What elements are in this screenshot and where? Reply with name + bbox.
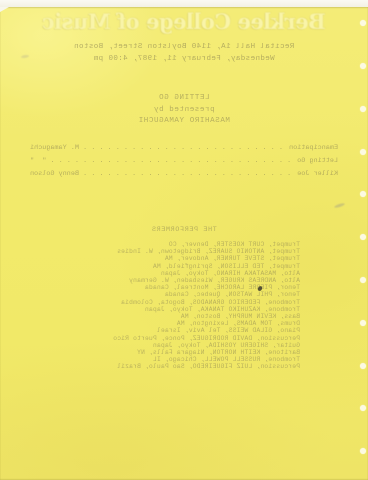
show-through-mirrored-layer: Berklee College of Music Recital Hall 1A… (0, 0, 368, 480)
performer-line: Trumpet, TED ELLISON, Springfield, MA (74, 263, 300, 270)
performers-list: Trumpet, CURT KOESTER, Denver, CO Trumpe… (74, 241, 300, 371)
performer-line: Tenor, PHIL WATSON, Quebec, Canada (74, 291, 300, 298)
punch-hole (360, 405, 366, 411)
performer-line: Tenor, PIERRE LAROCHE, Montreal, Canada (74, 284, 300, 291)
punch-hole (360, 277, 366, 283)
punch-hole (360, 63, 366, 69)
recital-title-block: LETTING GO presented by MASAHIRO YAMAGUC… (0, 93, 368, 128)
performer-line: Trombone, KAZUHIKO TANAKA, Tokyo, Japan (74, 306, 300, 313)
performer-line: Percussion, DAVID RODRIGUEZ, Ponce, Puer… (74, 335, 300, 342)
performer-line: Trumpet, CURT KOESTER, Denver, CO (74, 241, 300, 248)
punch-hole (360, 320, 366, 326)
punch-hole (360, 149, 366, 155)
scanned-program-page: Berklee College of Music Recital Hall 1A… (0, 0, 368, 480)
presenter-name: MASAHIRO YAMAGUCHI (0, 116, 368, 128)
punch-hole (360, 106, 366, 112)
punch-hole (360, 448, 366, 454)
performer-line: Percussion, LUIZ FIGUEIREDO, Sao Paulo, … (74, 363, 300, 370)
performer-line: Trombone, RUSSELL POWELL, Chicago, IL (74, 356, 300, 363)
date-line: Wednesday, February 11, 1987, 4:00 pm (0, 53, 368, 65)
program-line: Emancipation . . . . . . . . . . . . . .… (30, 142, 338, 155)
performer-line: Bass, KEVIN MURPHY, Boston, MA (74, 313, 300, 320)
performer-line: Alto, ANDREAS KRUGER, Wiesbaden, W. Germ… (74, 277, 300, 284)
performer-line: Trumpet, ANTONIO SUAREZ, Bridgetown, W. … (74, 248, 300, 255)
berklee-logo-ghost: Berklee College of Music (0, 9, 368, 34)
piece-attribution: Benny Golson (30, 168, 79, 181)
venue-line: Recital Hall 1A, 1140 Boylston Street, B… (0, 41, 368, 53)
punch-hole (360, 363, 366, 369)
piece-attribution: M. Yamaguchi (30, 142, 79, 155)
piece-title: Emancipation (289, 142, 338, 155)
program-list: Emancipation . . . . . . . . . . . . . .… (30, 142, 338, 181)
performer-line: Trumpet, STEVE TURNER, Andover, MA (74, 255, 300, 262)
presented-by-label: presented by (0, 105, 368, 117)
piece-title: Letting Go (297, 155, 338, 168)
performer-line: Alto, MASATAKA HIRANO, Tokyo, Japan (74, 270, 300, 277)
dot-leader: . . . . . . . . . . . . . . . . . . . . … (81, 142, 287, 155)
piece-title: Killer Joe (297, 168, 338, 181)
dot-leader: . . . . . . . . . . . . . . . . . . . . … (81, 168, 295, 181)
recital-title: LETTING GO (0, 93, 368, 105)
performer-line: Piano, GILAD WEISS, Tel Aviv, Israel (74, 327, 300, 334)
punch-hole (360, 20, 366, 26)
venue-date-block: Recital Hall 1A, 1140 Boylston Street, B… (0, 41, 368, 65)
performer-line: Baritone, KEITH NORTON, Niagara Falls, N… (74, 349, 300, 356)
piece-attribution: " " (30, 155, 46, 168)
program-line: Killer Joe . . . . . . . . . . . . . . .… (30, 168, 338, 181)
punch-hole (360, 191, 366, 197)
performer-line: Drums, TOM ADAMS, Lexington, MA (74, 320, 300, 327)
dot-leader: . . . . . . . . . . . . . . . . . . . . … (48, 155, 295, 168)
performer-line: Guitar, SHIGERU YOSHIDA, Tokyo, Japan (74, 342, 300, 349)
performer-line: Trombone, FEDERICO GRANADOS, Bogota, Col… (74, 299, 300, 306)
program-line: Letting Go . . . . . . . . . . . . . . .… (30, 155, 338, 168)
punch-hole (360, 234, 366, 240)
performers-heading: THE PERFORMERS (0, 226, 368, 234)
